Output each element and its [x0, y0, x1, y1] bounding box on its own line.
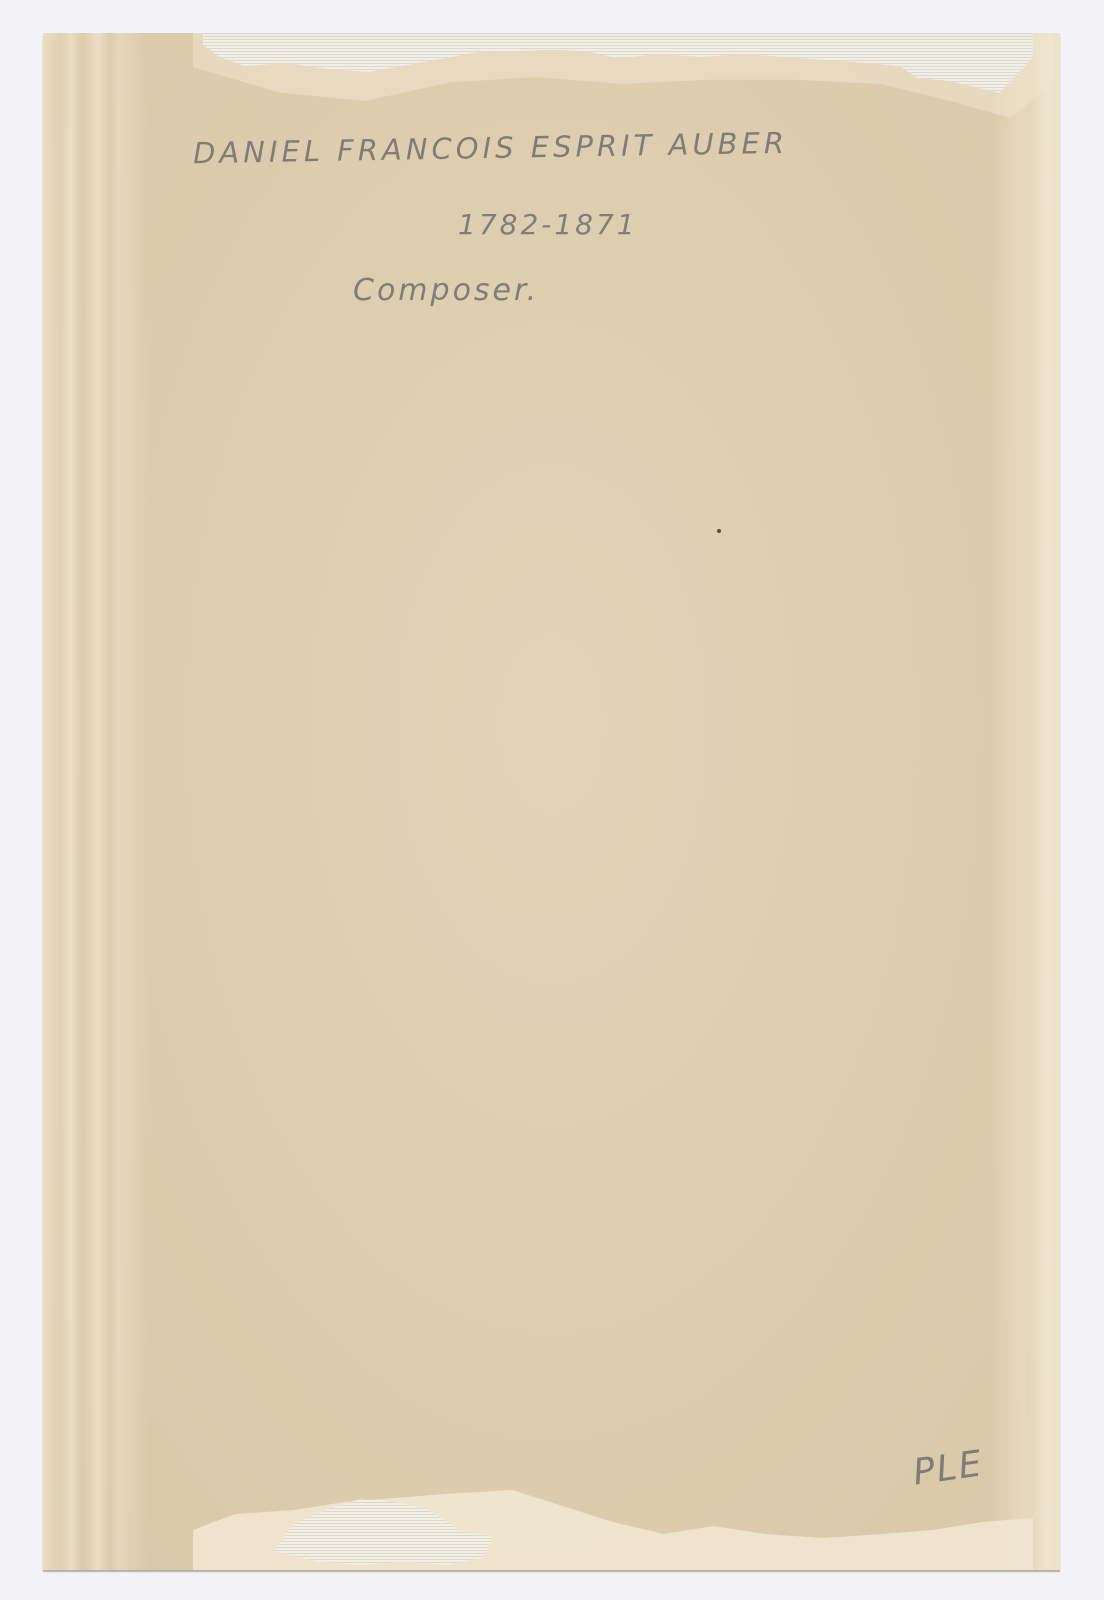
- card-back: DANIEL FRANCOIS ESPRIT AUBER 1782-1871 C…: [43, 33, 1060, 1570]
- handwritten-initials: PLE: [910, 1443, 986, 1493]
- frayed-left-edge: [43, 33, 148, 1570]
- handwritten-dates: 1782-1871: [458, 208, 638, 241]
- frayed-right-edge: [990, 33, 1060, 1570]
- speck-mark: [717, 529, 721, 533]
- handwritten-occupation: Composer.: [353, 273, 539, 308]
- handwritten-name: DANIEL FRANCOIS ESPRIT AUBER: [193, 126, 789, 170]
